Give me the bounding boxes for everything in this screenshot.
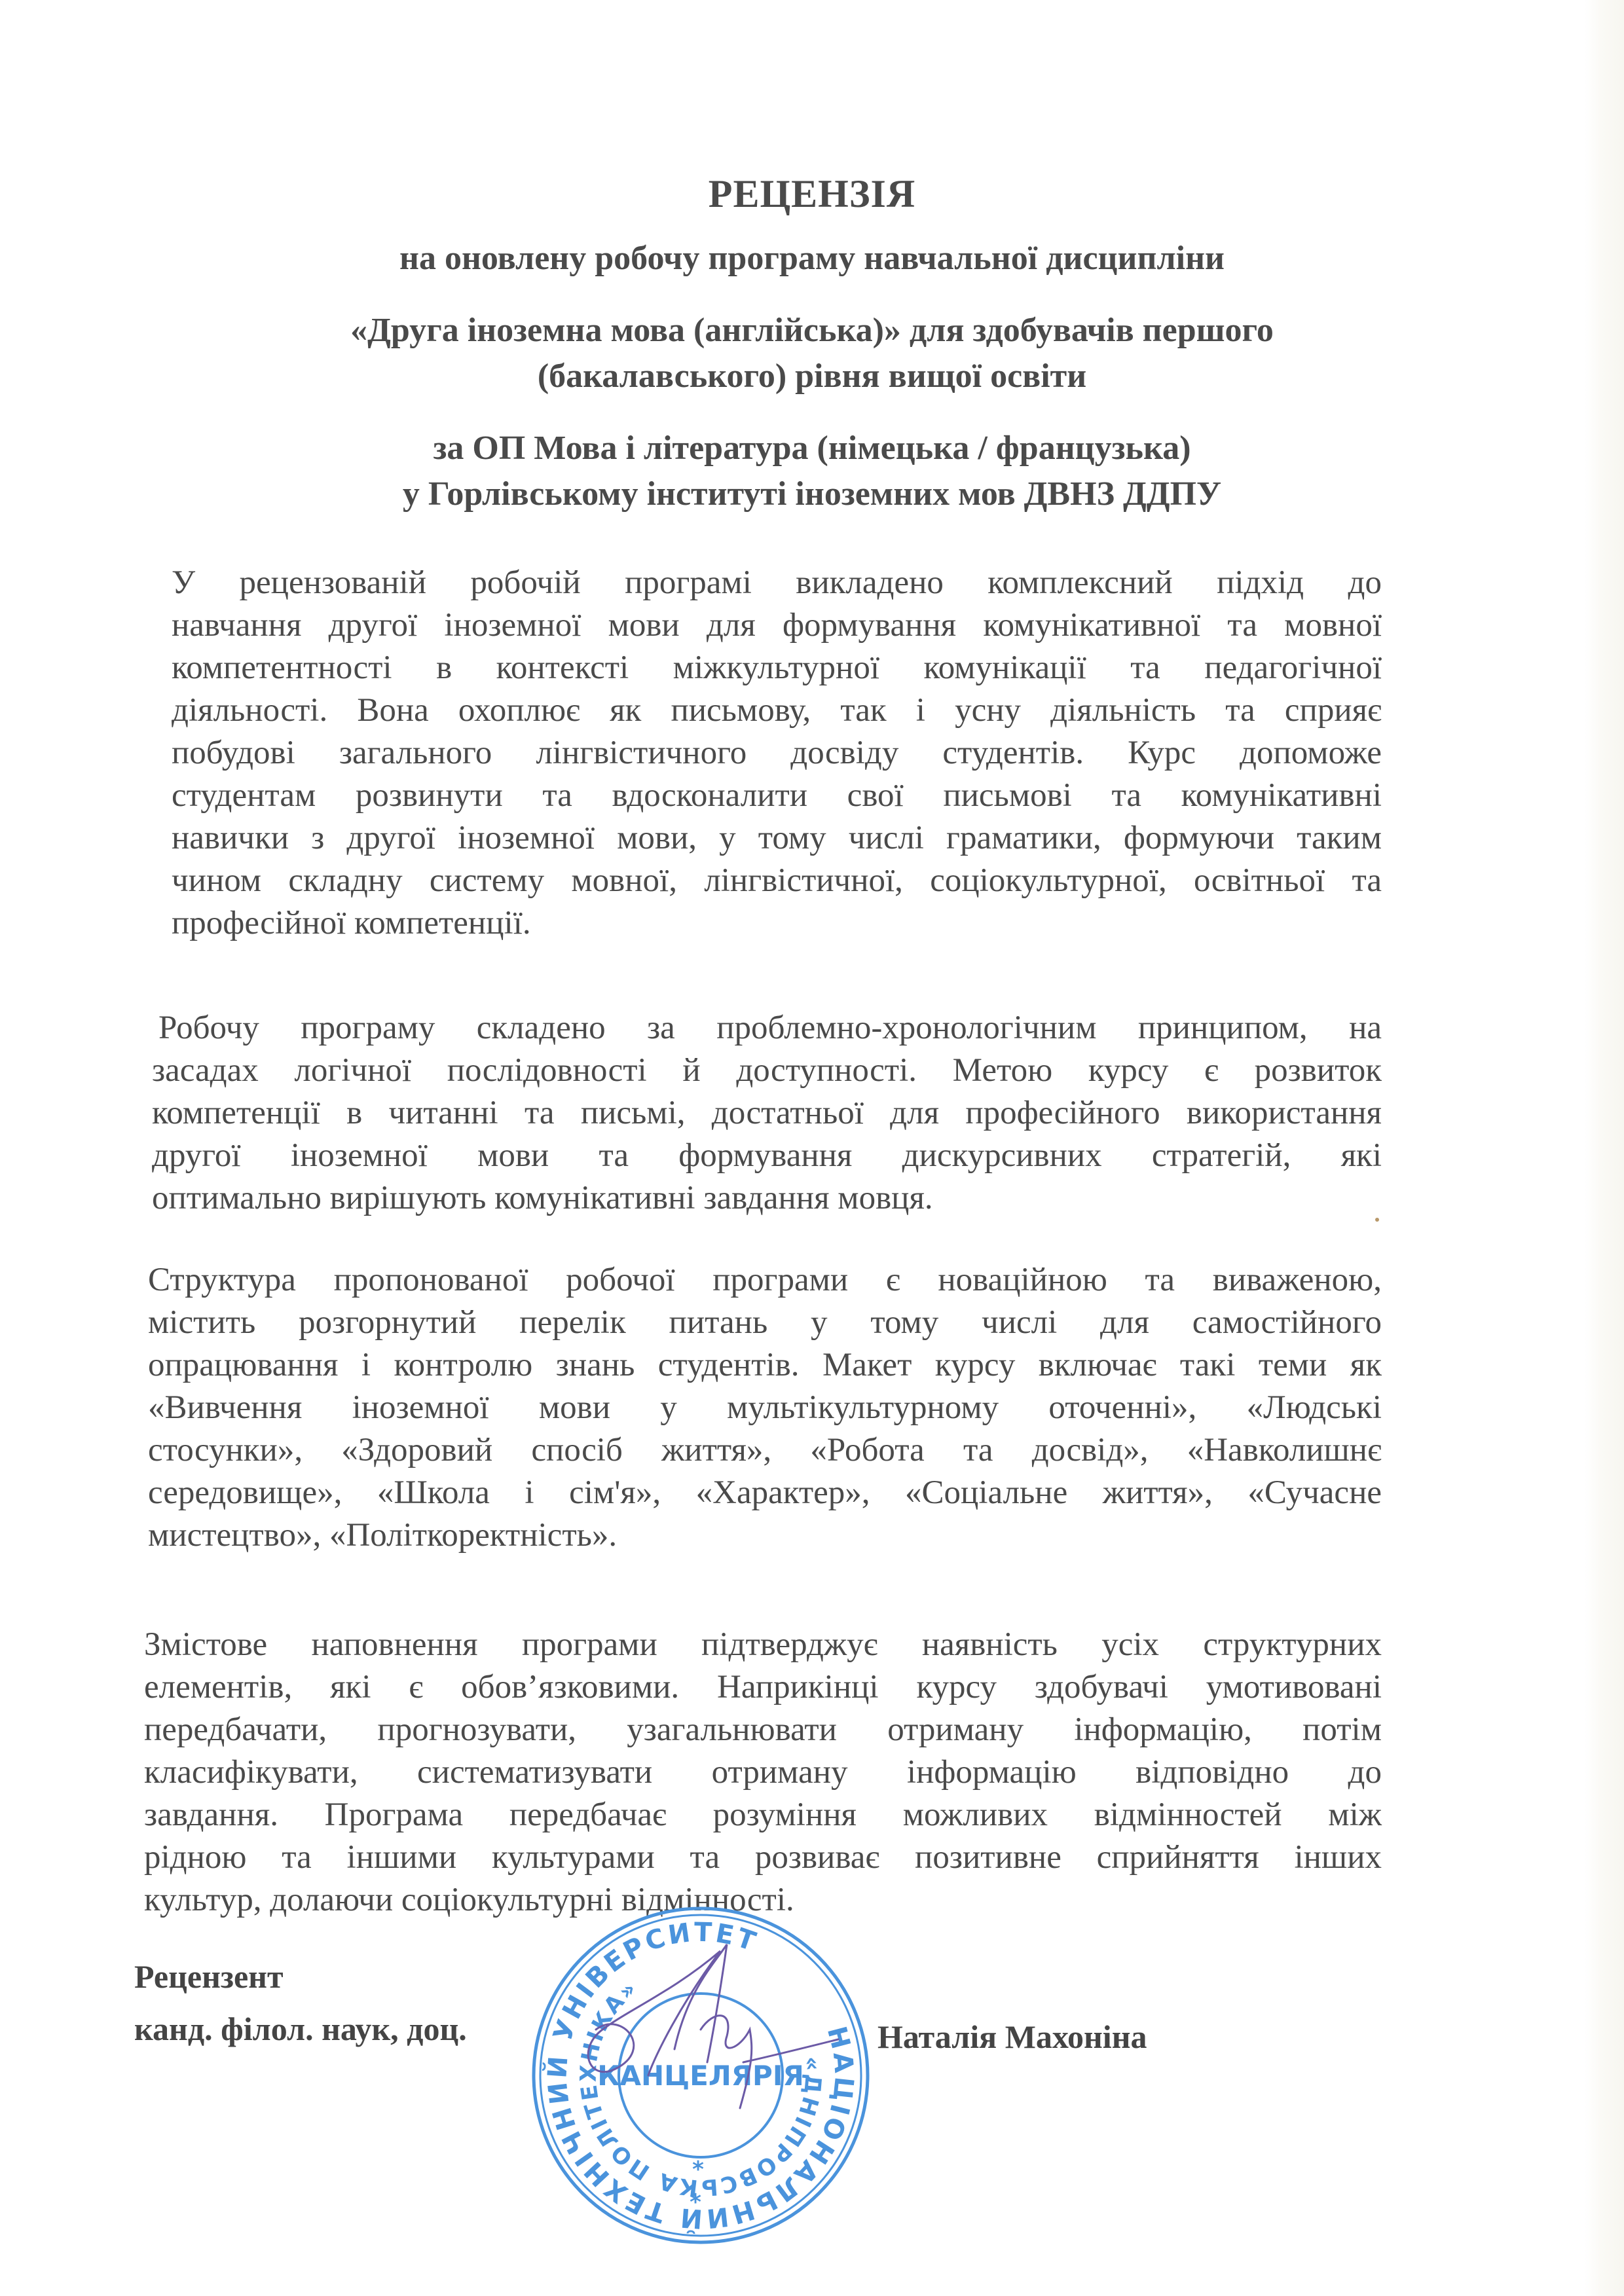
paragraph-line: чином складну систему мовної, лінгвістич… xyxy=(172,860,1382,902)
reviewer-role: Рецензент xyxy=(134,1958,284,1995)
paragraph-line: Структура пропонованої робочої програми … xyxy=(148,1259,1382,1302)
subtitle-line-5: у Горлівському інституті іноземних мов Д… xyxy=(0,475,1624,513)
paragraph-4: Змістове наповнення програми підтверджує… xyxy=(144,1624,1382,1922)
paragraph-line: опрацювання і контролю знань студентів. … xyxy=(148,1344,1382,1387)
paragraph-line: навчання другої іноземної мови для форму… xyxy=(172,604,1382,647)
paragraph-line: професійної компетенції. xyxy=(172,902,1382,945)
paragraph-3: Структура пропонованої робочої програми … xyxy=(148,1259,1382,1557)
paragraph-line: передбачати, прогнозувати, узагальнювати… xyxy=(144,1709,1382,1751)
paragraph-line: У рецензованій робочій програмі викладен… xyxy=(172,562,1382,604)
paragraph-line: засадах логічної послідовності й доступн… xyxy=(152,1049,1382,1092)
subtitle-line-1: на оновлену робочу програму навчальної д… xyxy=(0,239,1624,278)
paragraph-line: мистецтво», «Політкоректність». xyxy=(148,1514,1382,1557)
paragraph-line: навички з другої іноземної мови, у тому … xyxy=(172,817,1382,860)
paragraph-line: класифікувати, систематизувати отриману … xyxy=(144,1751,1382,1794)
paragraph-line: рідною та іншими культурами та розвиває … xyxy=(144,1836,1382,1879)
paragraph-line: стосунки», «Здоровий спосіб життя», «Роб… xyxy=(148,1429,1382,1472)
paragraph-line: діяльності. Вона охоплює як письмову, та… xyxy=(172,689,1382,732)
paragraph-line: Робочу програму складено за проблемно-хр… xyxy=(152,1007,1382,1049)
paragraph-line: побудові загального лінгвістичного досві… xyxy=(172,732,1382,774)
paragraph-line: компетенції в читанні та письмі, достатн… xyxy=(152,1092,1382,1135)
svg-text:*: * xyxy=(692,2157,704,2183)
paragraph-line: другої іноземної мови та формування диск… xyxy=(152,1135,1382,1177)
subtitle-line-3: (бакалавського) рівня вищої освіти xyxy=(0,357,1624,395)
svg-text:*: * xyxy=(690,2189,701,2215)
paragraph-line: елементів, які є обов’язковими. Наприкін… xyxy=(144,1666,1382,1709)
reviewer-name: Наталія Махоніна xyxy=(877,2018,1147,2056)
scan-speck xyxy=(1375,1218,1379,1222)
subtitle-line-2: «Друга іноземна мова (англійська)» для з… xyxy=(0,311,1624,350)
stamp-center-text: КАНЦЕЛЯРІЯ xyxy=(597,2060,804,2092)
document-title: РЕЦЕНЗІЯ xyxy=(0,172,1624,217)
official-stamp-icon: НАЦІОНАЛЬНИЙ ТЕХНІЧНИЙ УНІВЕРСИТЕТ «ДНІП… xyxy=(524,1899,877,2252)
paragraph-line: Змістове наповнення програми підтверджує… xyxy=(144,1624,1382,1666)
paragraph-line: компетентності в контексті міжкультурної… xyxy=(172,647,1382,689)
paragraph-2: Робочу програму складено за проблемно-хр… xyxy=(152,1007,1382,1220)
paragraph-line: «Вивчення іноземної мови у мультікультур… xyxy=(148,1387,1382,1429)
subtitle-line-4: за ОП Мова і література (німецька / фран… xyxy=(0,429,1624,467)
paragraph-1: У рецензованій робочій програмі викладен… xyxy=(172,562,1382,945)
reviewer-credentials: канд. філол. наук, доц. xyxy=(134,2010,467,2048)
paragraph-line: студентам розвинути та вдосконалити свої… xyxy=(172,774,1382,817)
paragraph-line: містить розгорнутий перелік питань у том… xyxy=(148,1302,1382,1344)
paragraph-line: завдання. Програма передбачає розуміння … xyxy=(144,1794,1382,1836)
paragraph-line: оптимально вирішують комунікативні завда… xyxy=(152,1177,1382,1220)
paragraph-line: середовище», «Школа і сім'я», «Характер»… xyxy=(148,1472,1382,1514)
